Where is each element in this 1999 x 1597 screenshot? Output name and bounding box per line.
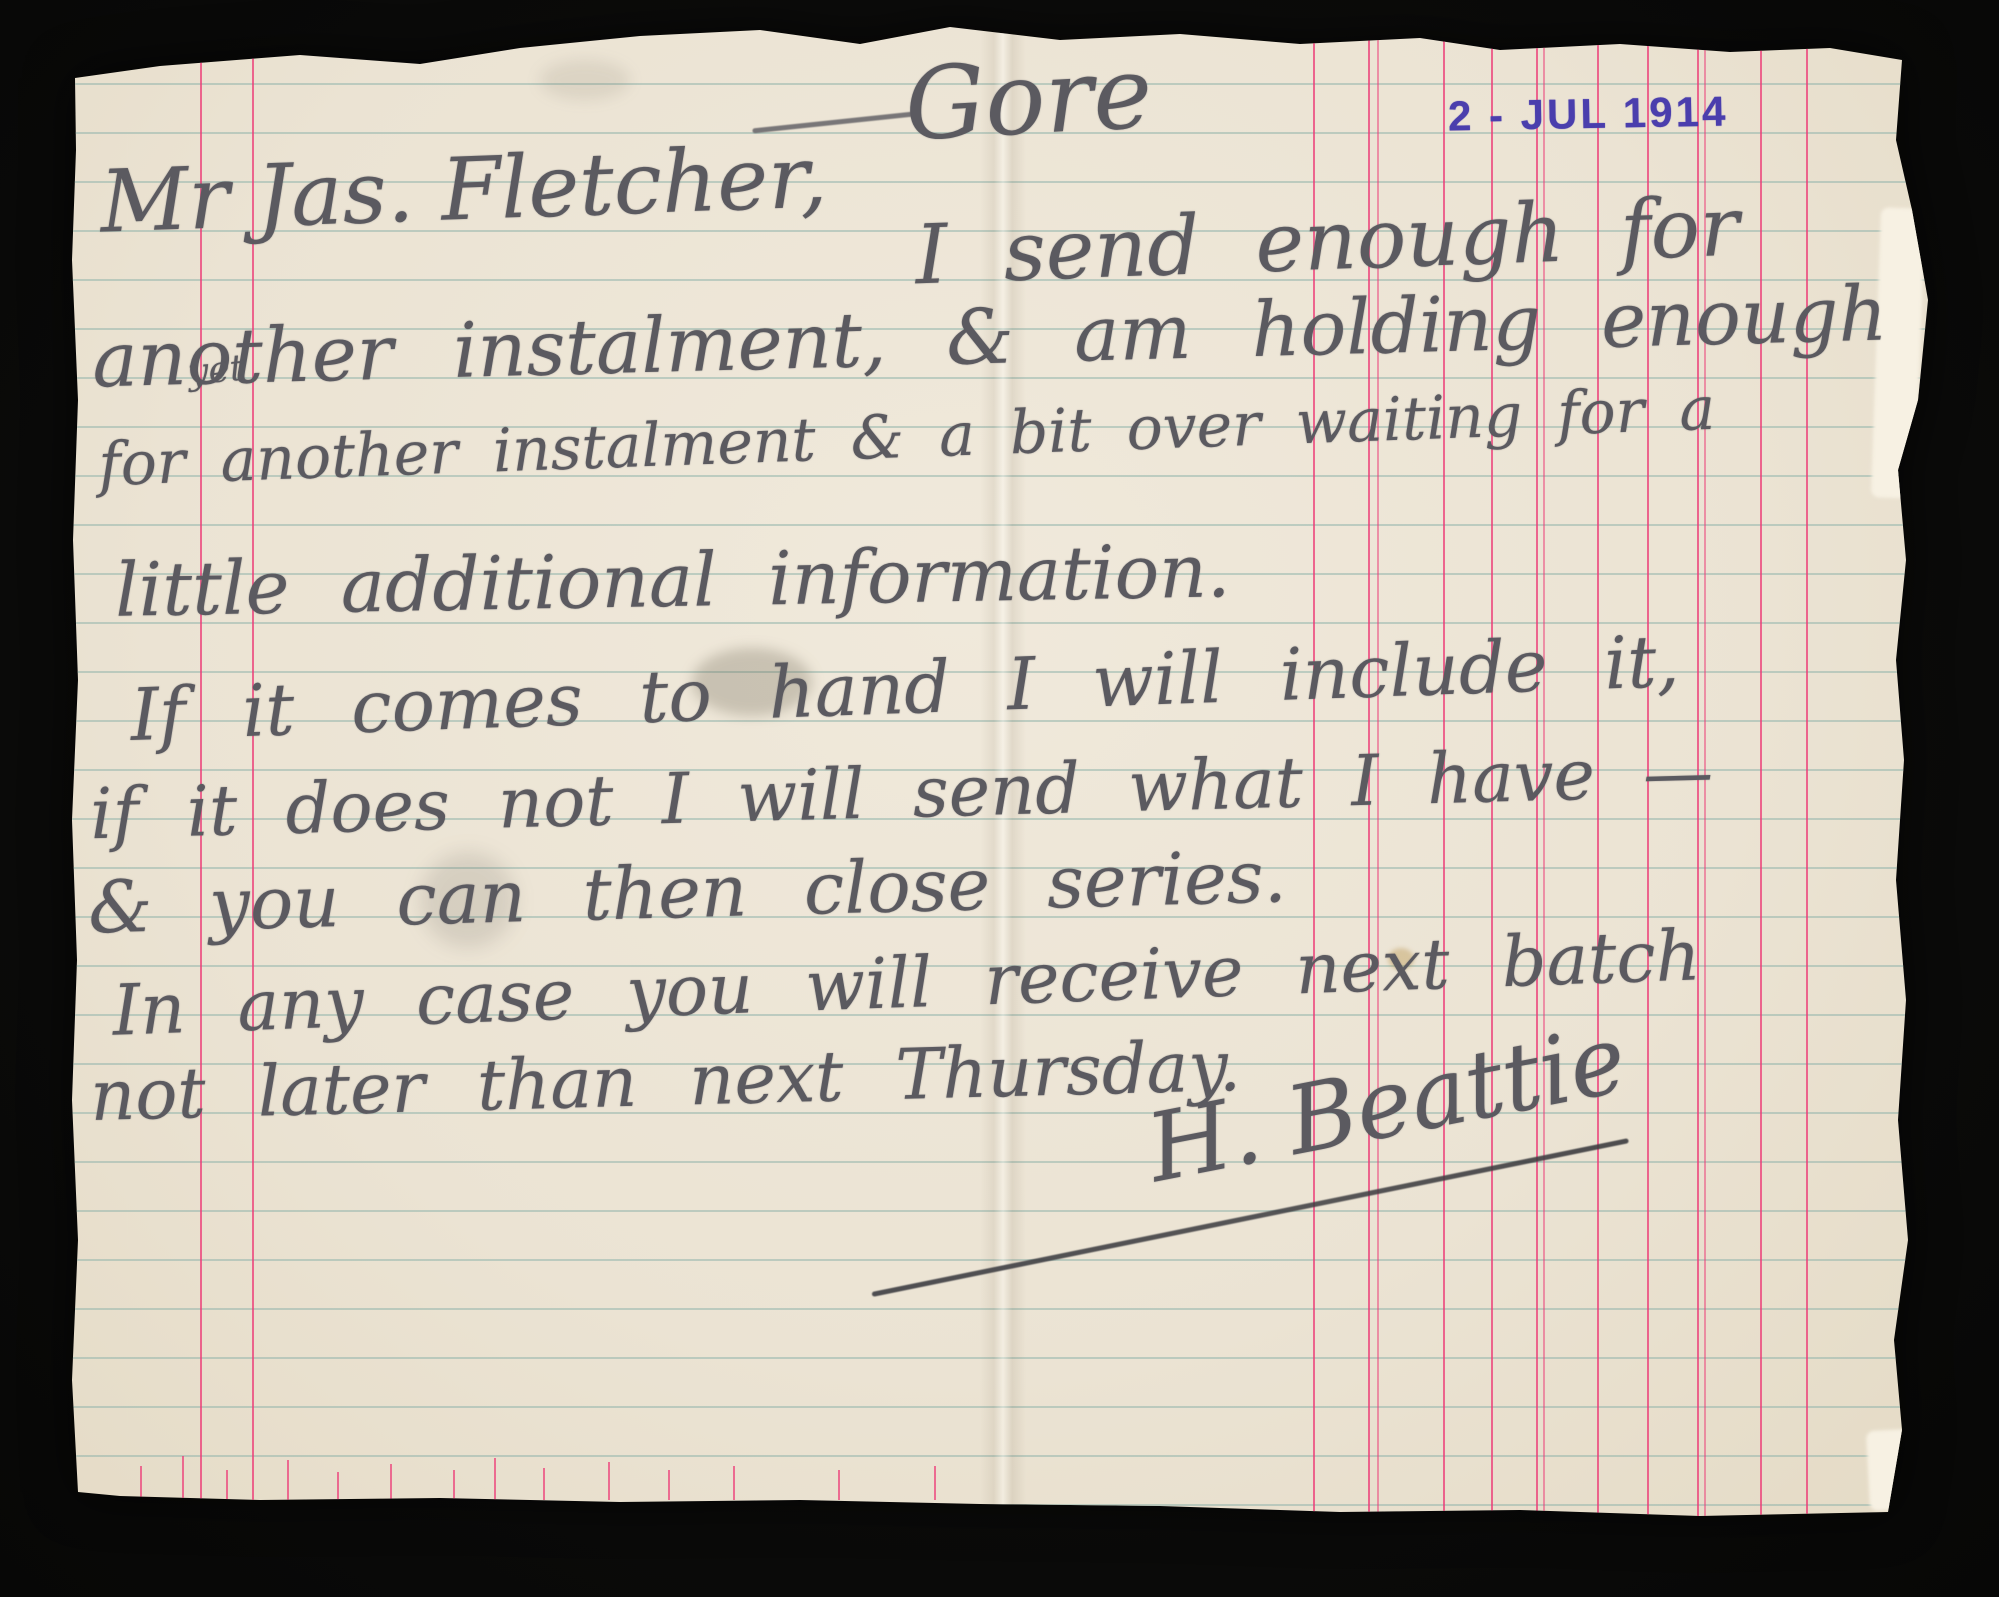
ruled-line-vertical [1806, 0, 1808, 1597]
ruled-tick [337, 1472, 339, 1500]
ruled-tick [733, 1466, 735, 1500]
inserted-word: yet [186, 348, 245, 394]
date-stamp: 2 - JUL 1914 [1448, 88, 1729, 141]
ruled-tick [543, 1468, 545, 1500]
ruled-tick [287, 1460, 289, 1500]
ruled-tick [390, 1464, 392, 1500]
ruled-line-vertical [1760, 0, 1762, 1597]
ruled-tick [453, 1470, 455, 1500]
torn-edge [1866, 1429, 1912, 1511]
ruled-tick [608, 1462, 610, 1500]
ruled-tick [668, 1470, 670, 1500]
ruled-tick [494, 1458, 496, 1500]
ruled-tick [140, 1466, 142, 1500]
ruled-tick [838, 1470, 840, 1500]
smudge-stain [540, 60, 630, 100]
ruled-tick [226, 1470, 228, 1500]
ruled-tick [934, 1466, 936, 1500]
scan-background: Gore 2 - JUL 1914 Mr Jas. Fletcher, I se… [0, 0, 1999, 1597]
paper-shadow-wrap: Gore 2 - JUL 1914 Mr Jas. Fletcher, I se… [0, 0, 1999, 1597]
letter-paper: Gore 2 - JUL 1914 Mr Jas. Fletcher, I se… [0, 0, 1999, 1597]
place-name: Gore [902, 34, 1155, 164]
ruled-tick [182, 1456, 184, 1500]
